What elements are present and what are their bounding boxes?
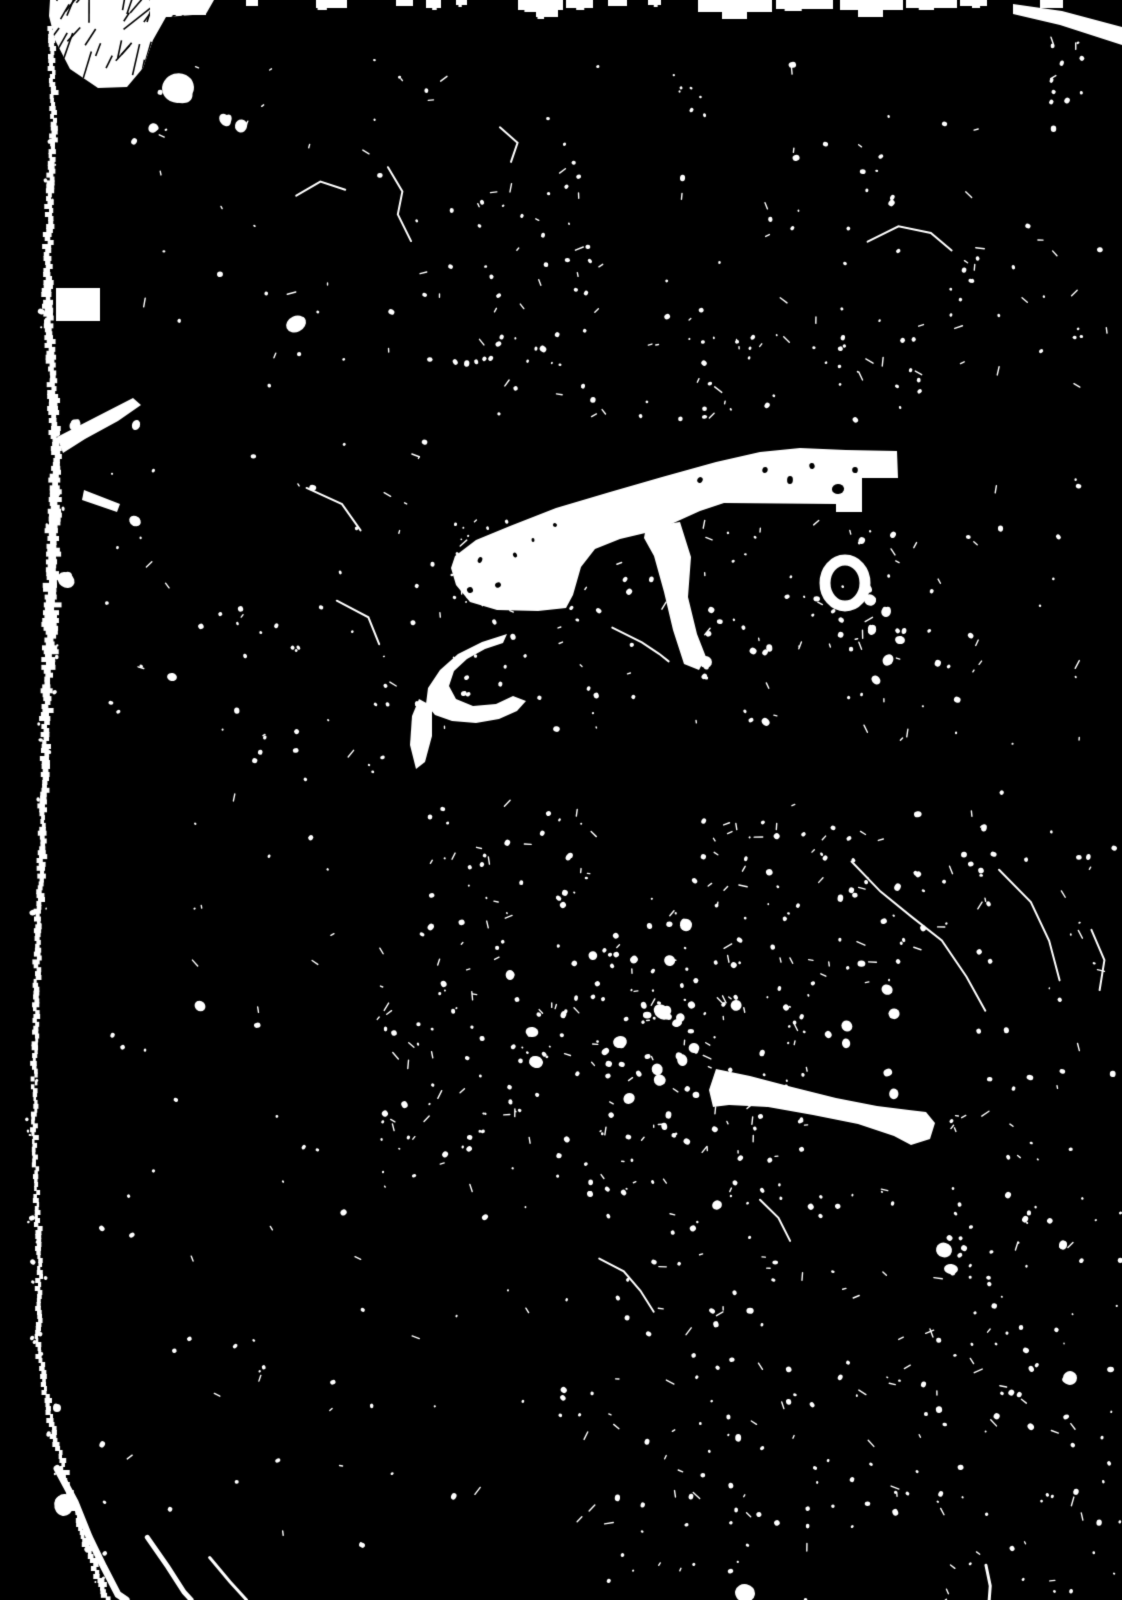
scanned-document-page — [0, 0, 1122, 1600]
book-cover-scan-image — [0, 0, 1122, 1600]
